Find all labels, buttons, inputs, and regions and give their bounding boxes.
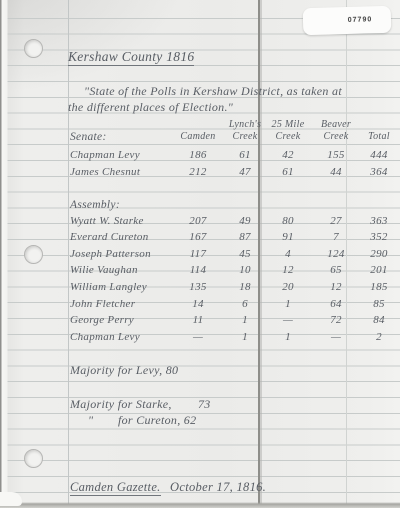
vote-count: 6	[223, 298, 267, 310]
candidate-name: Wilie Vaughan	[70, 264, 138, 276]
vote-count: 12	[314, 281, 358, 293]
column-header: 25 Mile	[266, 119, 310, 130]
table-header-line2: Senate: Camden Creek Creek Creek Total	[0, 131, 400, 147]
column-header: Beaver	[314, 119, 358, 130]
vote-count: 4	[266, 248, 310, 260]
vote-count: 61	[223, 149, 267, 161]
vote-count: —	[176, 331, 220, 343]
vote-count: 91	[266, 231, 310, 243]
vote-count: 12	[266, 264, 310, 276]
vote-count: 18	[223, 281, 267, 293]
vote-count: 87	[223, 231, 267, 243]
table-row: John Fletcher 14 6 1 64 85	[0, 298, 400, 314]
vote-count: 1	[223, 331, 267, 343]
vote-count: 80	[266, 215, 310, 227]
paper-edge-bottom	[0, 502, 400, 508]
vote-count: 1	[266, 331, 310, 343]
vote-count: 363	[357, 215, 400, 227]
vote-count: 167	[176, 231, 220, 243]
column-header: Lynch's	[223, 119, 267, 130]
vote-count: 49	[223, 215, 267, 227]
vote-count: 14	[176, 298, 220, 310]
majority-cureton-label: for Cureton, 62	[118, 413, 196, 428]
source-name: Camden Gazette.	[70, 480, 161, 496]
vote-count: 117	[176, 248, 220, 260]
vote-count: 207	[176, 215, 220, 227]
vote-count: 186	[176, 149, 220, 161]
vote-count: 64	[314, 298, 358, 310]
table-row: Wyatt W. Starke 207 49 80 27 363	[0, 215, 400, 231]
column-header: Creek	[223, 131, 267, 142]
candidate-name: William Langley	[70, 281, 147, 293]
vote-count: 72	[314, 314, 358, 326]
majority-starke-label: Majority for Starke,	[70, 397, 172, 412]
majority-starke-value: 73	[198, 397, 211, 412]
vote-count: 85	[357, 298, 400, 310]
assembly-section-label: Assembly:	[70, 199, 120, 211]
vote-count: 61	[266, 166, 310, 178]
archive-label-code: 07790	[322, 16, 373, 24]
candidate-name: Chapman Levy	[70, 149, 140, 161]
majority-starke-note: Majority for Starke, 73	[0, 397, 400, 413]
vote-count: 47	[223, 166, 267, 178]
candidate-name: Everard Cureton	[70, 231, 149, 243]
ditto-mark: "	[88, 413, 93, 428]
column-header: Camden	[176, 131, 220, 142]
vote-count: 1	[223, 314, 267, 326]
vote-count: 42	[266, 149, 310, 161]
vote-count: 185	[357, 281, 400, 293]
vote-count: 290	[357, 248, 400, 260]
table-row: Joseph Patterson 117 45 4 124 290	[0, 248, 400, 264]
table-row: Chapman Levy 186 61 42 155 444	[0, 149, 400, 165]
vote-count: 44	[314, 166, 358, 178]
archive-label-sticker: 07790	[303, 6, 392, 35]
source-date: October 17, 1816.	[170, 480, 266, 494]
column-header: Creek	[266, 131, 310, 142]
vote-count: 2	[357, 331, 400, 343]
vote-count: 65	[314, 264, 358, 276]
subtitle-line-2: the different places of Election."	[68, 100, 233, 115]
vote-count: —	[314, 331, 358, 343]
table-row: Everard Cureton 167 87 91 7 352	[0, 231, 400, 247]
senate-section-label: Senate:	[70, 131, 107, 143]
table-row: James Chesnut 212 47 61 44 364	[0, 166, 400, 182]
paper-tear	[0, 492, 22, 506]
document-page: 07790 Kershaw County 1816 "State of the …	[0, 0, 400, 508]
vote-count: 155	[314, 149, 358, 161]
candidate-name: John Fletcher	[70, 298, 135, 310]
vote-count: 135	[176, 281, 220, 293]
punch-hole-top	[24, 39, 43, 58]
vote-count: 212	[176, 166, 220, 178]
vote-count: 201	[357, 264, 400, 276]
page-title: Kershaw County 1816	[68, 49, 194, 65]
candidate-name: Joseph Patterson	[70, 248, 151, 260]
column-header: Creek	[314, 131, 358, 142]
vote-count: 364	[357, 166, 400, 178]
vote-count: 1	[266, 298, 310, 310]
assembly-section: Assembly:	[0, 199, 400, 215]
vote-count: 444	[357, 149, 400, 161]
source-citation: Camden Gazette. October 17, 1816.	[70, 480, 266, 495]
vote-count: 352	[357, 231, 400, 243]
candidate-name: George Perry	[70, 314, 134, 326]
vote-count: 45	[223, 248, 267, 260]
vote-count: 27	[314, 215, 358, 227]
candidate-name: Chapman Levy	[70, 331, 140, 343]
subtitle-line-1: "State of the Polls in Kershaw District,…	[84, 84, 342, 99]
table-row: William Langley 135 18 20 12 185	[0, 281, 400, 297]
vote-count: 7	[314, 231, 358, 243]
table-row: Chapman Levy — 1 1 — 2	[0, 331, 400, 347]
vote-count: 114	[176, 264, 220, 276]
punch-hole-bottom	[24, 449, 43, 468]
vote-count: 124	[314, 248, 358, 260]
column-header: Total	[357, 131, 400, 142]
vote-count: 84	[357, 314, 400, 326]
vote-count: —	[266, 314, 310, 326]
candidate-name: Wyatt W. Starke	[70, 215, 144, 227]
vote-count: 10	[223, 264, 267, 276]
vote-count: 11	[176, 314, 220, 326]
table-row: George Perry 11 1 — 72 84	[0, 314, 400, 330]
candidate-name: James Chesnut	[70, 166, 140, 178]
majority-cureton-note: " for Cureton, 62	[0, 413, 400, 429]
vote-count: 20	[266, 281, 310, 293]
table-row: Wilie Vaughan 114 10 12 65 201	[0, 264, 400, 280]
majority-levy-note: Majority for Levy, 80	[70, 363, 178, 378]
page-title-text: Kershaw County 1816	[68, 49, 194, 66]
